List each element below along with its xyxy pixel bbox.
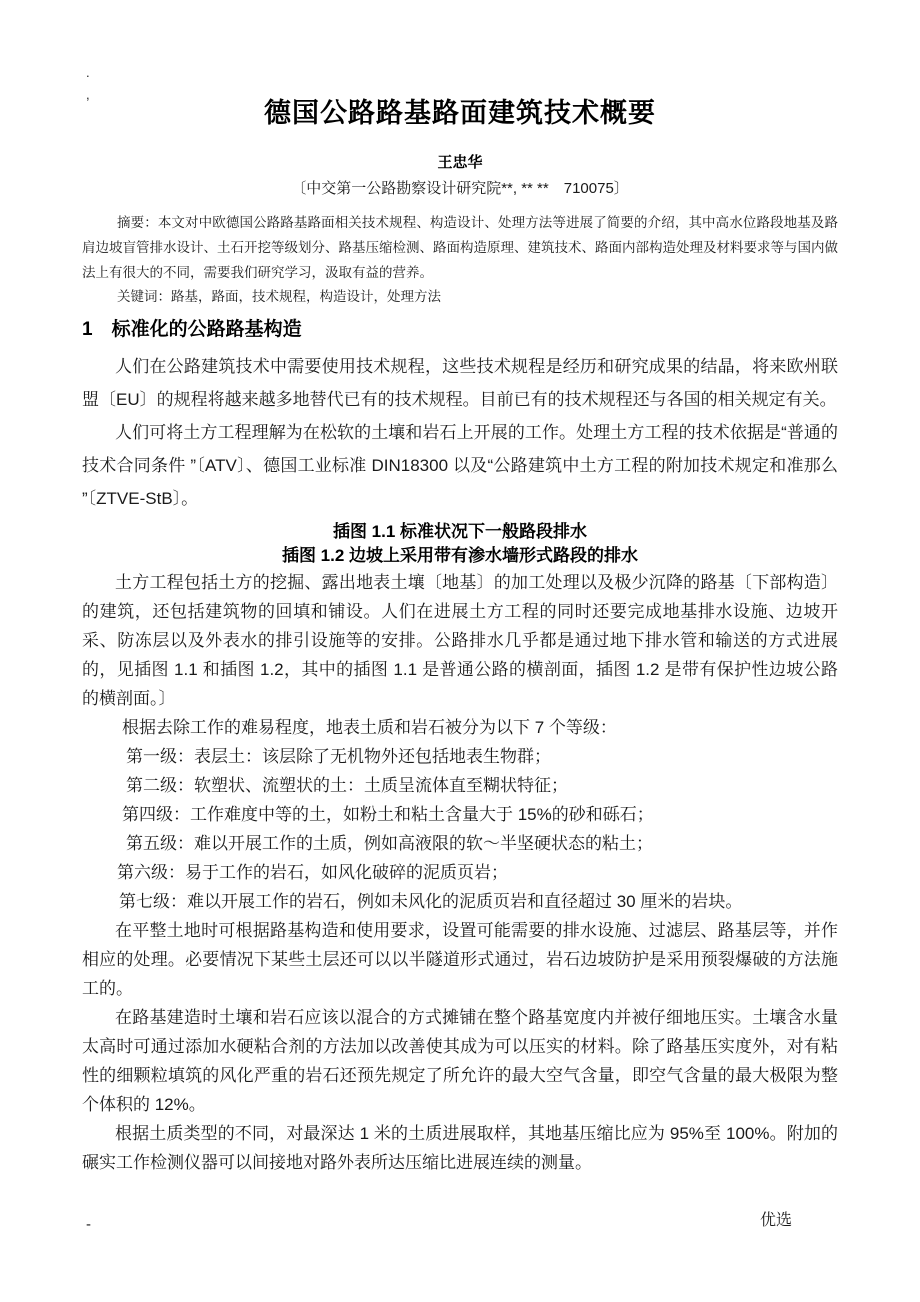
stray-dot-mark: . bbox=[86, 68, 90, 78]
grade-item-7: 第七级：难以开展工作的岩石，例如未风化的泥质页岩和直径超过 30 厘米的岩块。 bbox=[82, 887, 838, 916]
paragraph-earthworks-basis: 人们可将土方工程理解为在松软的土壤和岩石上开展的工作。处理土方工程的技术依据是“… bbox=[82, 416, 838, 515]
author-name: 王忠华 bbox=[82, 154, 838, 172]
grade-item-1: 第一级：表层土：该层除了无机物外还包括地表生物群； bbox=[82, 742, 838, 771]
footer-watermark-label: 优选 bbox=[760, 1211, 792, 1231]
stray-comma-mark: , bbox=[86, 90, 90, 100]
paragraph-earthworks-scope: 土方工程包括土方的挖掘、露出地表土壤〔地基〕的加工处理以及极少沉降的路基〔下部构… bbox=[82, 568, 838, 713]
paragraph-regulations: 人们在公路建筑技术中需要使用技术规程，这些技术规程是经历和研究成果的结晶，将来欧… bbox=[82, 350, 838, 416]
paragraph-roadbed-compaction: 在路基建造时土壤和岩石应该以混合的方式摊铺在整个路基宽度内并被仔细地压实。土壤含… bbox=[82, 1003, 838, 1119]
keywords-line: 关键词：路基，路面，技术规程，构造设计，处理方法 bbox=[82, 285, 838, 309]
document-page: . , 德国公路路基路面建筑技术概要 王忠华 〔中交第一公路勘察设计研究院**,… bbox=[0, 0, 920, 1302]
paragraph-land-leveling: 在平整土地时可根据路基构造和使用要求，设置可能需要的排水设施、过滤层、路基层等，… bbox=[82, 916, 838, 1003]
grade-list: 根据去除工作的难易程度，地表土质和岩石被分为以下 7 个等级： 第一级：表层土：… bbox=[82, 713, 838, 916]
figure-caption-1-2: 插图 1.2 边坡上采用带有渗水墙形式路段的排水 bbox=[82, 544, 838, 568]
figure-caption-1-1: 插图 1.1 标准状况下一般路段排水 bbox=[82, 520, 838, 544]
grade-item-5: 第五级：难以开展工作的土质，例如高液限的软～半坚硬状态的粘土； bbox=[82, 829, 838, 858]
paragraph-soil-sampling: 根据土质类型的不同，对最深达 1 米的土质进展取样，其地基压缩比应为 95%至 … bbox=[82, 1119, 838, 1177]
section-1-heading: 1 标准化的公路路基构造 bbox=[82, 316, 838, 343]
page-title: 德国公路路基路面建筑技术概要 bbox=[82, 0, 838, 134]
abstract-paragraph: 摘要：本文对中欧德国公路路基路面相关技术规程、构造设计、处理方法等进展了简要的介… bbox=[82, 210, 838, 285]
grade-list-intro: 根据去除工作的难易程度，地表土质和岩石被分为以下 7 个等级： bbox=[82, 713, 838, 742]
author-affiliation: 〔中交第一公路勘察设计研究院**, ** ** 710075〕 bbox=[82, 179, 838, 199]
grade-item-2: 第二级：软塑状、流塑状的土：土质呈流体直至糊状特征； bbox=[82, 771, 838, 800]
grade-item-4: 第四级：工作难度中等的土，如粉土和粘土含量大于 15%的砂和砾石； bbox=[82, 800, 838, 829]
footer-page-dash: - bbox=[86, 1216, 91, 1234]
document-body: 德国公路路基路面建筑技术概要 王忠华 〔中交第一公路勘察设计研究院**, ** … bbox=[0, 0, 920, 1177]
grade-item-6: 第六级：易于工作的岩石，如风化破碎的泥质页岩； bbox=[82, 858, 838, 887]
